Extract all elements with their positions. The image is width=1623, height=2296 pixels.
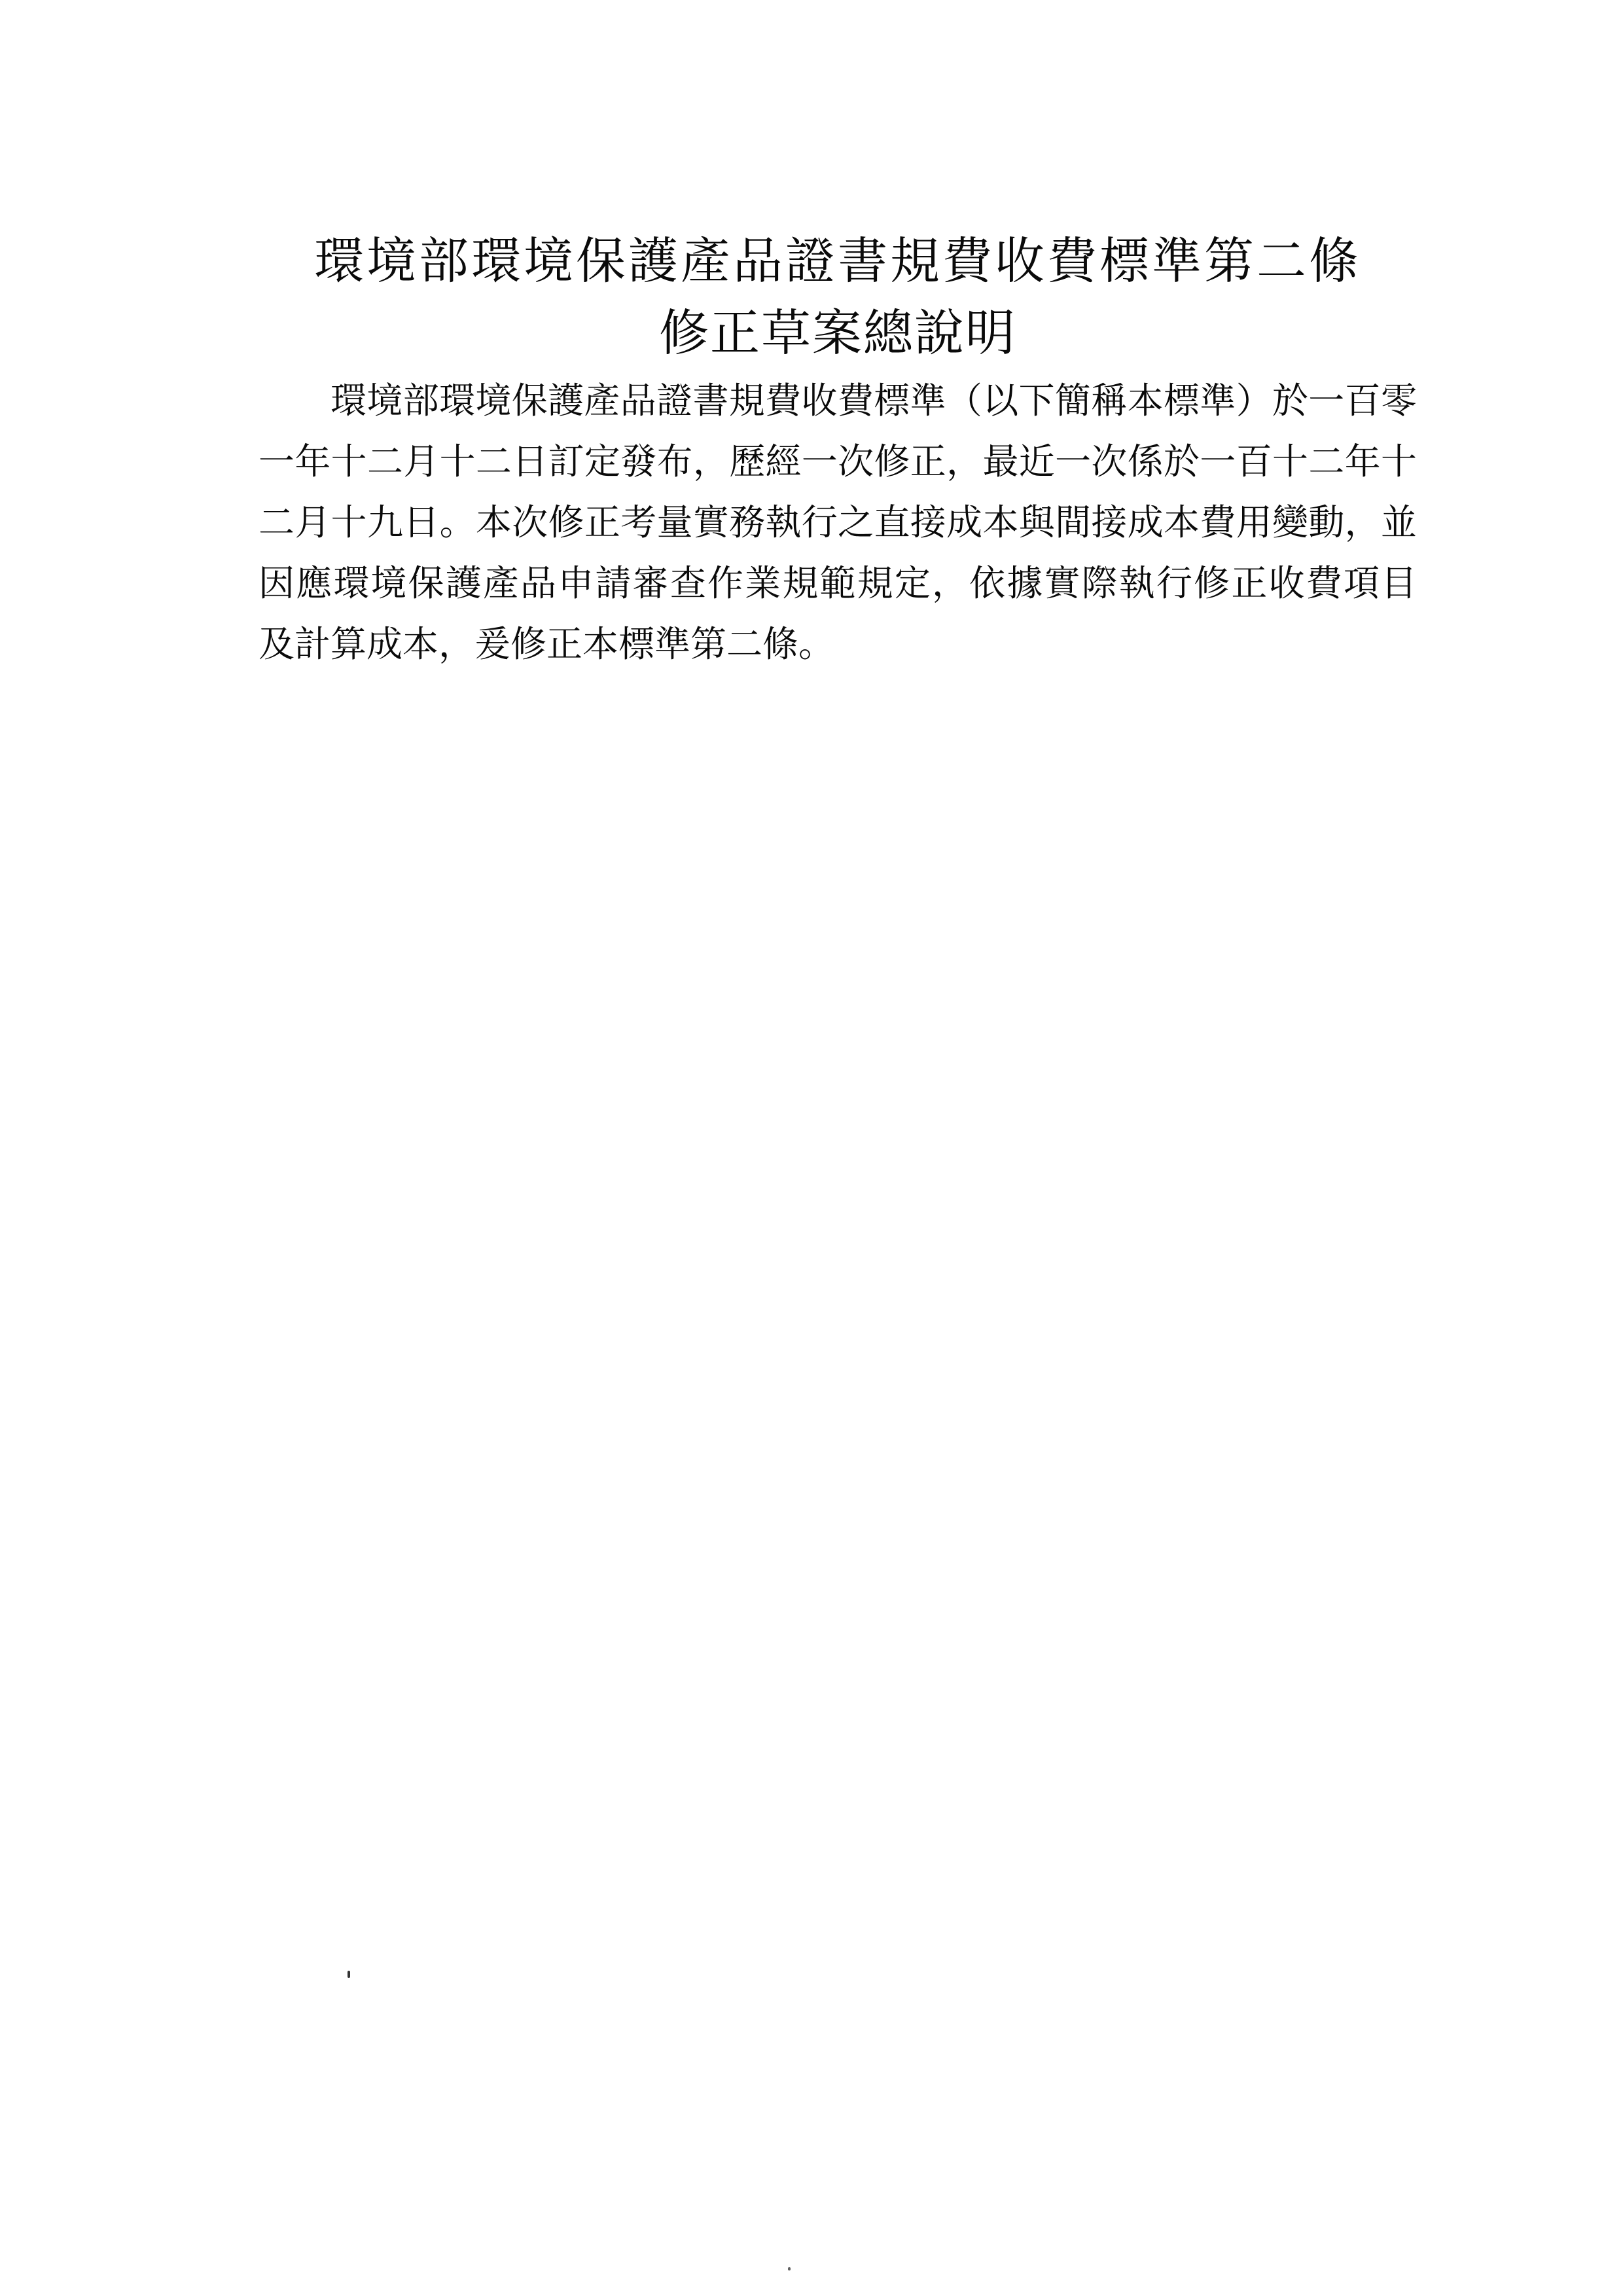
title-line-1: 環境部環境保護產品證書規費收費標準第二條	[259, 226, 1417, 298]
paragraph-line-3: 二月十九日。本次修正考量實務執行之直接成本與間接成本費用變動，並	[259, 492, 1417, 553]
paragraph-line-1: 環境部環境保護產品證書規費收費標準（以下簡稱本標準）於一百零	[259, 370, 1417, 431]
title-line-2: 修正草案總說明	[259, 298, 1417, 370]
body-paragraph: 環境部環境保護產品證書規費收費標準（以下簡稱本標準）於一百零 一年十二月十二日訂…	[259, 370, 1417, 675]
document-title: 環境部環境保護產品證書規費收費標準第二條 修正草案總說明	[259, 226, 1417, 370]
paragraph-line-5: 及計算成本，爰修正本標準第二條。	[259, 614, 1417, 675]
document-page: 環境部環境保護產品證書規費收費標準第二條 修正草案總說明 環境部環境保護產品證書…	[0, 0, 1623, 2296]
paragraph-line-4: 因應環境保護產品申請審查作業規範規定，依據實際執行修正收費項目	[259, 553, 1417, 614]
scan-artifact-speck	[788, 2267, 791, 2270]
paragraph-line-2: 一年十二月十二日訂定發布，歷經一次修正，最近一次係於一百十二年十	[259, 431, 1417, 492]
scan-artifact-speck	[348, 1971, 350, 1978]
